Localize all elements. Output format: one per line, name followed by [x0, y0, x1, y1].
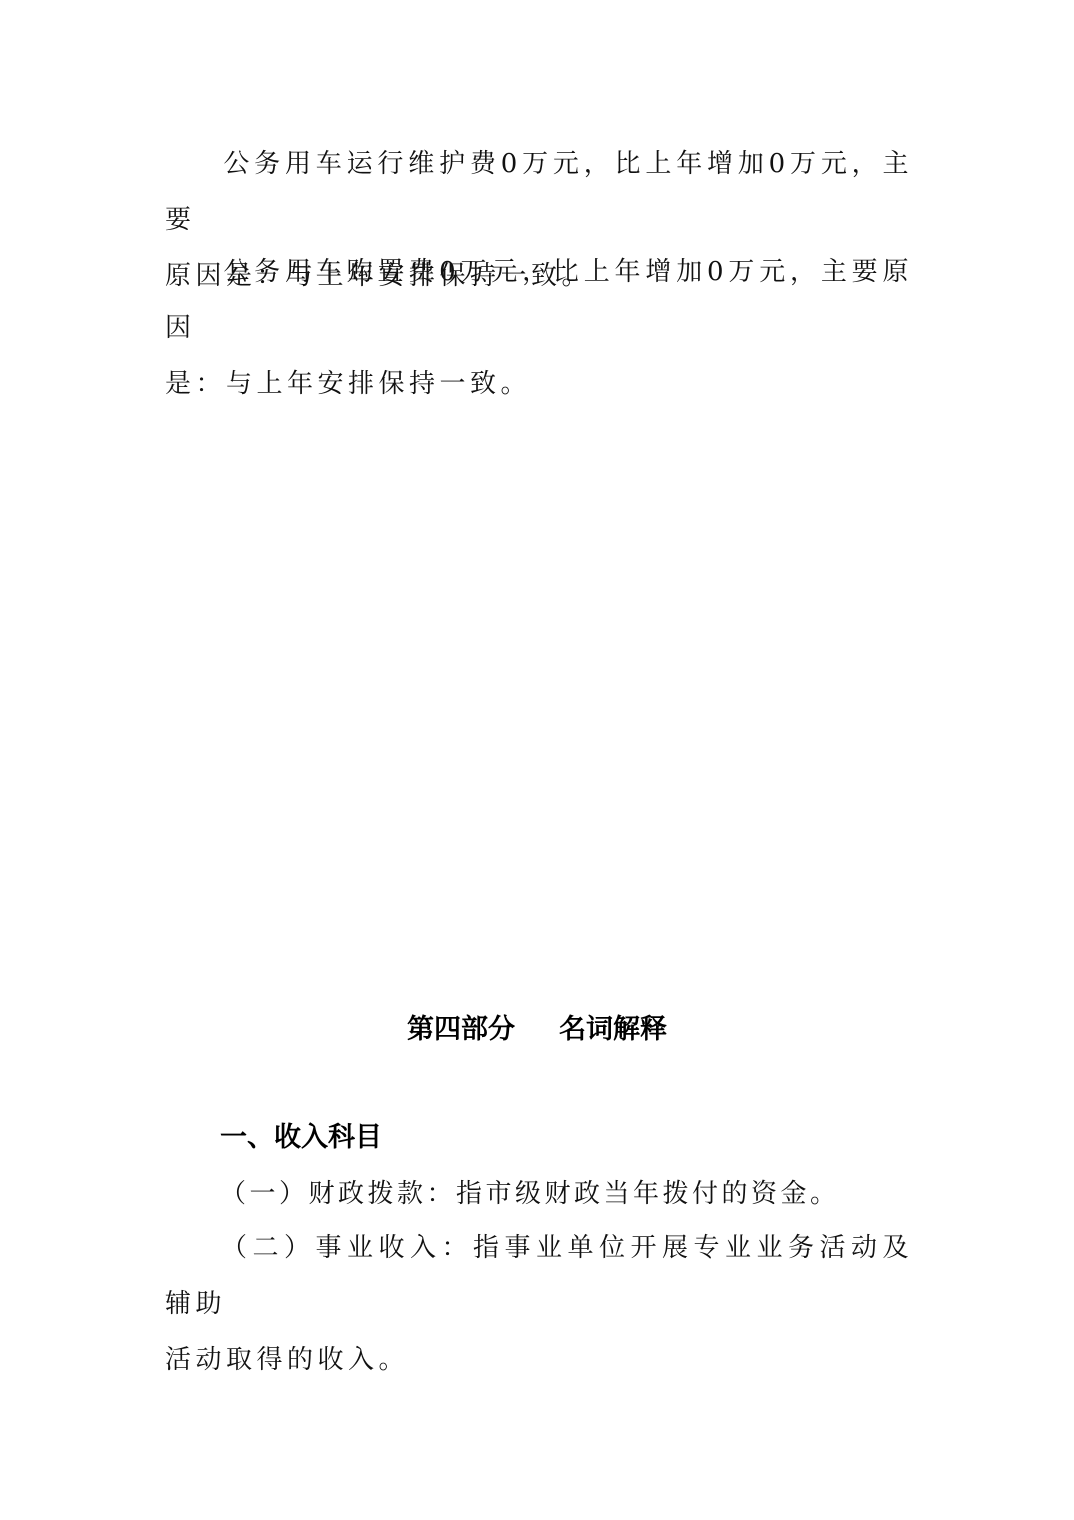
section-title-name: 名词解释 — [559, 1014, 667, 1045]
text: （二）事业收入：指事业单位开展专业业务活动及辅助 — [165, 1233, 913, 1319]
section-title-part: 第四部分 — [407, 1014, 515, 1045]
paragraph-line: 是：与上年安排保持一致。 — [165, 356, 913, 412]
text: 公务用车购置费0万元，比上年增加0万元，主要原因 — [165, 257, 913, 343]
paragraph-line: 活动取得的收入。 — [165, 1332, 913, 1388]
paragraph-line: 公务用车运行维护费0万元，比上年增加0万元，主要 — [165, 136, 913, 248]
paragraph-line: （二）事业收入：指事业单位开展专业业务活动及辅助 — [165, 1220, 913, 1332]
definition-business-income: （二）事业收入：指事业单位开展专业业务活动及辅助 活动取得的收入。 — [165, 1220, 913, 1388]
paragraph-line: 公务用车购置费0万元，比上年增加0万元，主要原因 — [165, 244, 913, 356]
text: 公务用车运行维护费0万元，比上年增加0万元，主要 — [165, 149, 913, 235]
paragraph-vehicle-purchase: 公务用车购置费0万元，比上年增加0万元，主要原因 是：与上年安排保持一致。 — [165, 244, 913, 412]
section-title: 第四部分名词解释 — [0, 1008, 1074, 1052]
definition-fiscal-appropriation: （一）财政拨款：指市级财政当年拨付的资金。 — [220, 1166, 840, 1222]
heading-income-items: 一、收入科目 — [220, 1116, 382, 1160]
